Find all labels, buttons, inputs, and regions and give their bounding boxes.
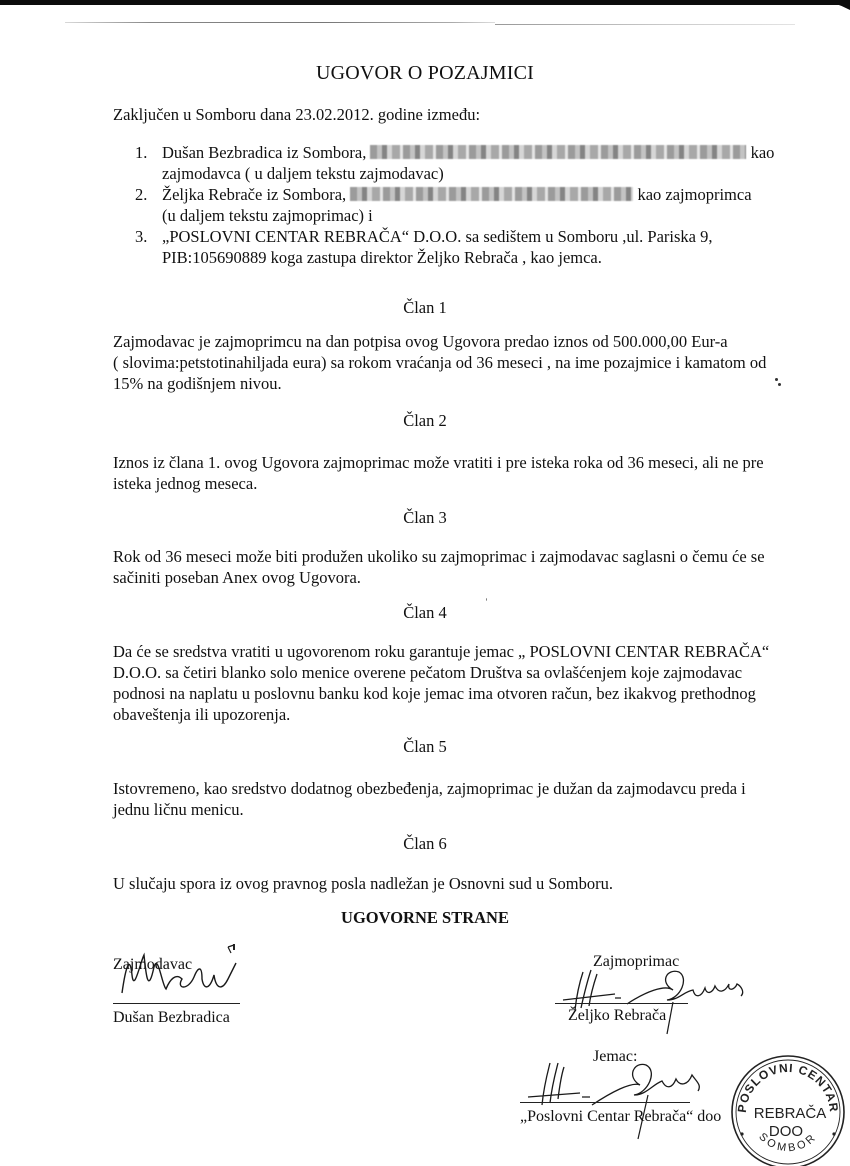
party-number: 1. — [135, 142, 147, 163]
article-heading: Član 6 — [0, 834, 850, 854]
scan-speck — [486, 598, 487, 601]
party-text: kao zajmoprimca — [637, 185, 751, 204]
party-line: PIB:105690889 koga zastupa direktor Želj… — [162, 247, 785, 268]
scan-speck — [778, 383, 781, 386]
scan-line — [495, 24, 795, 25]
article-line: isteka jednog meseca. — [113, 473, 793, 494]
article-body: Istovremeno, kao sredstvo dodatnog obezb… — [113, 778, 793, 820]
party-item: 3. „POSLOVNI CENTAR REBRAČA“ D.O.O. sa s… — [135, 226, 785, 268]
intro-paragraph: Zaključen u Somboru dana 23.02.2012. god… — [113, 104, 793, 125]
document-title: UGOVOR O POZAJMICI — [0, 62, 850, 85]
stamp-center-text: REBRAČA — [754, 1105, 827, 1122]
scan-edge — [0, 0, 850, 5]
party-text: Željka Rebrače iz Sombora, — [162, 185, 346, 204]
lender-signature — [110, 945, 260, 1005]
stamp-center-text: DOO — [769, 1123, 803, 1140]
article-line: obaveštenja ili upozorenja. — [113, 704, 793, 725]
scan-line — [65, 22, 495, 23]
article-heading: Član 4 — [0, 603, 850, 623]
article-line: Zajmodavac je zajmoprimcu na dan potpisa… — [113, 331, 793, 352]
signature-line — [555, 1003, 688, 1004]
article-line: jednu ličnu menicu. — [113, 799, 793, 820]
article-line: Da će se sredstva vratiti u ugovorenom r… — [113, 641, 793, 662]
article-body: Iznos iz člana 1. ovog Ugovora zajmoprim… — [113, 452, 793, 494]
article-heading: Član 1 — [0, 298, 850, 318]
guarantor-signature — [520, 1055, 720, 1145]
article-line: Iznos iz člana 1. ovog Ugovora zajmoprim… — [113, 452, 793, 473]
article-body: U slučaju spora iz ovog pravnog posla na… — [113, 873, 793, 894]
article-line: podnosi na naplatu u poslovnu banku kod … — [113, 683, 793, 704]
party-number: 3. — [135, 226, 147, 247]
borrower-signature — [555, 962, 755, 1037]
party-item: 1. Dušan Bezbradica iz Sombora, kao zajm… — [135, 142, 785, 184]
signature-line — [113, 1003, 240, 1004]
article-line: sačiniti poseban Anex ovog Ugovora. — [113, 567, 793, 588]
signature-line — [520, 1102, 690, 1103]
parties-list: 1. Dušan Bezbradica iz Sombora, kao zajm… — [135, 142, 785, 268]
article-line: U slučaju spora iz ovog pravnog posla na… — [113, 873, 793, 894]
party-line: Dušan Bezbradica iz Sombora, kao — [162, 142, 785, 163]
party-item: 2. Željka Rebrače iz Sombora, kao zajmop… — [135, 184, 785, 226]
guarantor-name: „Poslovni Centar Rebrača“ doo — [520, 1108, 721, 1126]
article-body: Rok od 36 meseci može biti produžen ukol… — [113, 546, 793, 588]
article-line: Rok od 36 meseci može biti produžen ukol… — [113, 546, 793, 567]
party-line: „POSLOVNI CENTAR REBRAČA“ D.O.O. sa sedi… — [162, 226, 785, 247]
redacted-address — [370, 145, 746, 159]
party-line: zajmodavca ( u daljem tekstu zajmodavac) — [162, 163, 785, 184]
company-stamp: POSLOVNI CENTAR REBRAČA DOO SOMBOR — [728, 1052, 848, 1166]
party-line: Željka Rebrače iz Sombora, kao zajmoprim… — [162, 184, 785, 205]
party-text: kao — [751, 143, 775, 162]
signatures-heading: UGOVORNE STRANE — [0, 908, 850, 928]
article-line: 15% na godišnjem nivou. — [113, 373, 793, 394]
article-heading: Član 5 — [0, 737, 850, 757]
scan-speck — [233, 944, 235, 950]
borrower-name: Željko Rebrača — [568, 1007, 666, 1025]
article-heading: Član 2 — [0, 411, 850, 431]
scan-corner — [836, 0, 850, 10]
party-line: (u daljem tekstu zajmoprimac) i — [162, 205, 785, 226]
article-heading: Član 3 — [0, 508, 850, 528]
lender-name: Dušan Bezbradica — [113, 1009, 230, 1027]
article-line: ( slovima:petstotinahiljada eura) sa rok… — [113, 352, 793, 373]
party-number: 2. — [135, 184, 147, 205]
redacted-address — [350, 187, 633, 201]
article-body: Zajmodavac je zajmoprimcu na dan potpisa… — [113, 331, 793, 394]
article-line: Istovremeno, kao sredstvo dodatnog obezb… — [113, 778, 793, 799]
scan-speck — [775, 378, 778, 381]
article-line: D.O.O. sa četiri blanko solo menice over… — [113, 662, 793, 683]
article-body: Da će se sredstva vratiti u ugovorenom r… — [113, 641, 793, 725]
party-text: Dušan Bezbradica iz Sombora, — [162, 143, 366, 162]
